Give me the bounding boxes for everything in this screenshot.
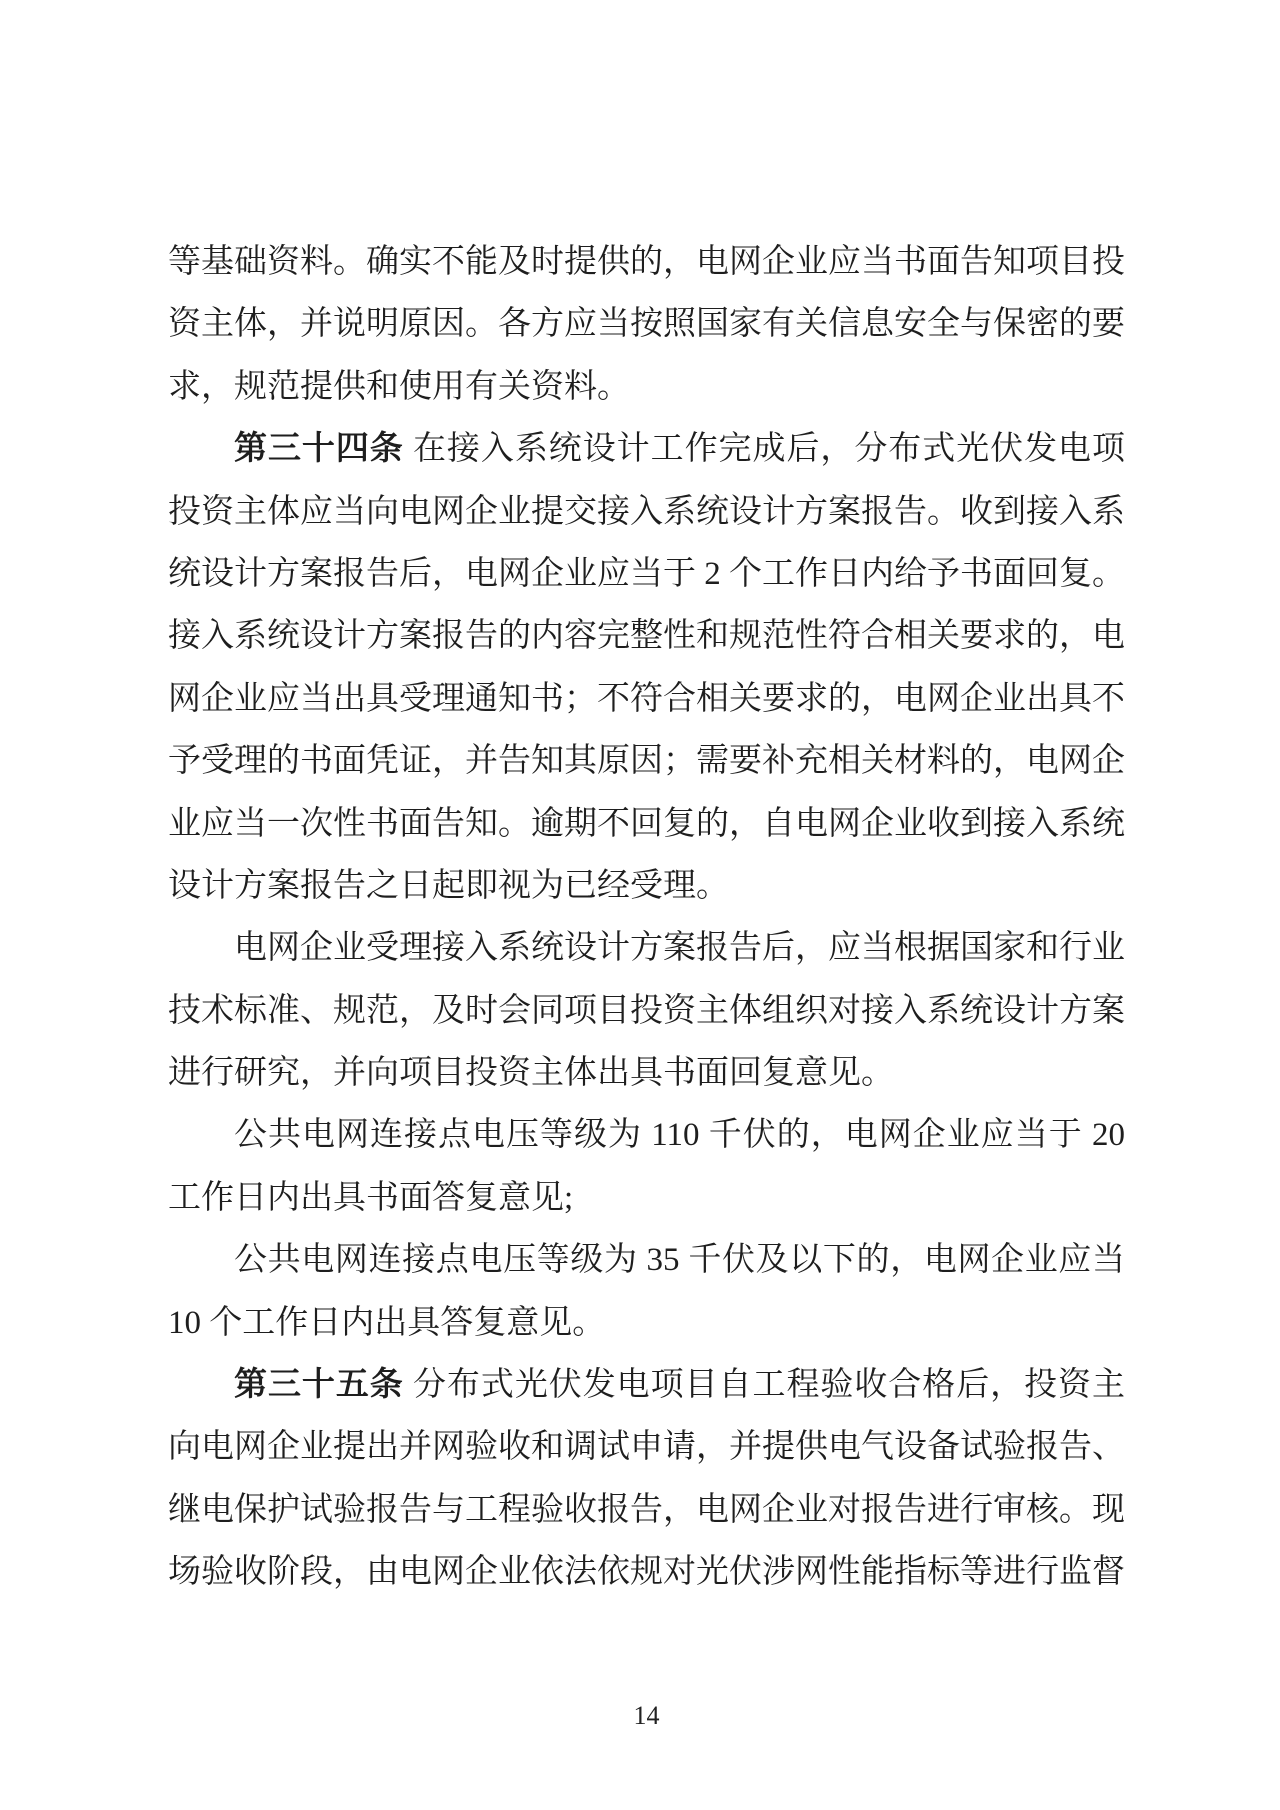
text-run: 设计方案报告之日起即视为已经受理。	[168, 868, 729, 904]
text-run: 向电网企业提出并网验收和调试申请，并提供电气设备试验报告、	[168, 1429, 1125, 1465]
text-run: 技术标准、规范，及时会同项目投资主体组织对接入系统设计方案	[168, 993, 1125, 1029]
text-line: 资主体，并说明原因。各方应当按照国家有关信息安全与保密的要	[168, 293, 1125, 355]
text-line: 公共电网连接点电压等级为 35 千伏及以下的，电网企业应当于	[168, 1229, 1125, 1291]
text-run: 网企业应当出具受理通知书；不符合相关要求的，电网企业出具不	[168, 681, 1125, 717]
text-line: 第三十五条 分布式光伏发电项目自工程验收合格后，投资主体	[168, 1354, 1125, 1416]
text-line: 等基础资料。确实不能及时提供的，电网企业应当书面告知项目投	[168, 231, 1125, 293]
text-run: 等基础资料。确实不能及时提供的，电网企业应当书面告知项目投	[168, 244, 1125, 280]
page-number: 14	[634, 1701, 660, 1730]
text-line: 进行研究，并向项目投资主体出具书面回复意见。	[168, 1042, 1125, 1104]
text-line: 继电保护试验报告与工程验收报告，电网企业对报告进行审核。现	[168, 1479, 1125, 1541]
document-body: 等基础资料。确实不能及时提供的，电网企业应当书面告知项目投资主体，并说明原因。各…	[168, 231, 1125, 1604]
text-line: 求，规范提供和使用有关资料。	[168, 356, 1125, 418]
text-line: 设计方案报告之日起即视为已经受理。	[168, 855, 1125, 917]
page-footer: 14	[168, 1695, 1125, 1737]
article-number: 第三十四条	[234, 431, 404, 467]
document-page: 等基础资料。确实不能及时提供的，电网企业应当书面告知项目投资主体，并说明原因。各…	[0, 0, 1280, 1810]
text-run: 公共电网连接点电压等级为 110 千伏的，电网企业应当于 20 个	[234, 1117, 1125, 1166]
text-line: 公共电网连接点电压等级为 110 千伏的，电网企业应当于 20 个	[168, 1104, 1125, 1166]
text-line: 接入系统设计方案报告的内容完整性和规范性符合相关要求的，电	[168, 605, 1125, 667]
text-line: 向电网企业提出并网验收和调试申请，并提供电气设备试验报告、	[168, 1416, 1125, 1478]
text-run: 10 个工作日内出具答复意见。	[168, 1305, 605, 1341]
text-run: 统设计方案报告后，电网企业应当于 2 个工作日内给予书面回复。	[168, 556, 1125, 592]
text-run: 公共电网连接点电压等级为 35 千伏及以下的，电网企业应当于	[234, 1242, 1125, 1291]
text-line: 10 个工作日内出具答复意见。	[168, 1292, 1125, 1354]
text-run: 予受理的书面凭证，并告知其原因；需要补充相关材料的，电网企	[168, 743, 1125, 779]
text-line: 统设计方案报告后，电网企业应当于 2 个工作日内给予书面回复。	[168, 543, 1125, 605]
text-run: 求，规范提供和使用有关资料。	[168, 369, 630, 405]
text-run: 接入系统设计方案报告的内容完整性和规范性符合相关要求的，电	[168, 618, 1125, 654]
text-line: 第三十四条 在接入系统设计工作完成后，分布式光伏发电项目	[168, 418, 1125, 480]
text-run: 投资主体应当向电网企业提交接入系统设计方案报告。收到接入系	[168, 494, 1125, 530]
text-line: 技术标准、规范，及时会同项目投资主体组织对接入系统设计方案	[168, 980, 1125, 1042]
text-run: 进行研究，并向项目投资主体出具书面回复意见。	[168, 1055, 894, 1091]
text-line: 场验收阶段，由电网企业依法依规对光伏涉网性能指标等进行监督	[168, 1541, 1125, 1603]
text-run: 工作日内出具书面答复意见;	[168, 1180, 573, 1216]
text-run: 资主体，并说明原因。各方应当按照国家有关信息安全与保密的要	[168, 306, 1125, 342]
text-line: 予受理的书面凭证，并告知其原因；需要补充相关材料的，电网企	[168, 730, 1125, 792]
text-run: 电网企业受理接入系统设计方案报告后，应当根据国家和行业	[234, 930, 1125, 966]
text-line: 业应当一次性书面告知。逾期不回复的，自电网企业收到接入系统	[168, 793, 1125, 855]
article-number: 第三十五条	[234, 1367, 404, 1403]
text-line: 投资主体应当向电网企业提交接入系统设计方案报告。收到接入系	[168, 481, 1125, 543]
text-line: 网企业应当出具受理通知书；不符合相关要求的，电网企业出具不	[168, 668, 1125, 730]
text-run: 业应当一次性书面告知。逾期不回复的，自电网企业收到接入系统	[168, 806, 1125, 842]
text-line: 工作日内出具书面答复意见;	[168, 1167, 1125, 1229]
text-line: 电网企业受理接入系统设计方案报告后，应当根据国家和行业	[168, 917, 1125, 979]
text-run: 继电保护试验报告与工程验收报告，电网企业对报告进行审核。现	[168, 1492, 1125, 1528]
text-run: 场验收阶段，由电网企业依法依规对光伏涉网性能指标等进行监督	[168, 1554, 1125, 1590]
